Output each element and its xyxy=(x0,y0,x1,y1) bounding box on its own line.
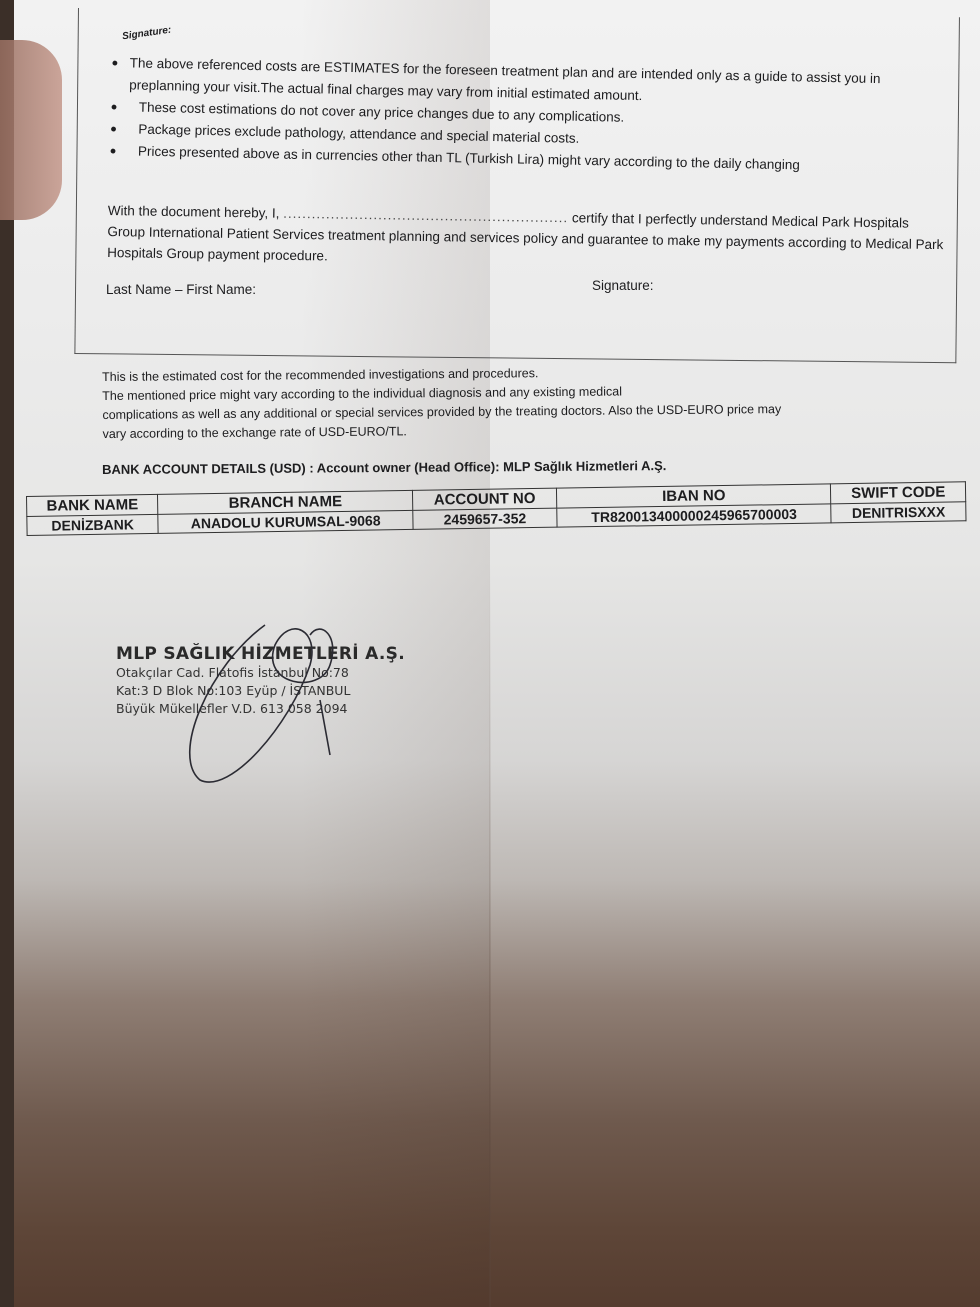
handwritten-signature-icon xyxy=(170,605,410,790)
disclaimer-list: • The above referenced costs are ESTIMAT… xyxy=(110,52,942,179)
iban-number: TR820013400000245965700003 xyxy=(557,504,832,527)
fold-crease xyxy=(489,560,491,1307)
certification-statement: With the document hereby, I, ...........… xyxy=(107,200,948,276)
name-blank-field[interactable]: ........................................… xyxy=(283,206,568,225)
bullet-icon: • xyxy=(110,118,138,141)
bank-name: DENİZBANK xyxy=(27,514,159,535)
holding-thumb xyxy=(0,40,62,220)
estimate-note: This is the estimated cost for the recom… xyxy=(102,361,863,444)
account-number: 2459657-352 xyxy=(413,508,557,529)
signature-label: Signature: xyxy=(592,278,654,293)
bullet-icon: • xyxy=(111,96,139,119)
bullet-icon: • xyxy=(110,140,138,163)
bullet-icon: • xyxy=(111,52,130,96)
swift-code: DENITRISXXX xyxy=(831,502,966,523)
name-label: Last Name – First Name: xyxy=(106,282,256,297)
branch-name: ANADOLU KURUMSAL-9068 xyxy=(158,510,413,533)
